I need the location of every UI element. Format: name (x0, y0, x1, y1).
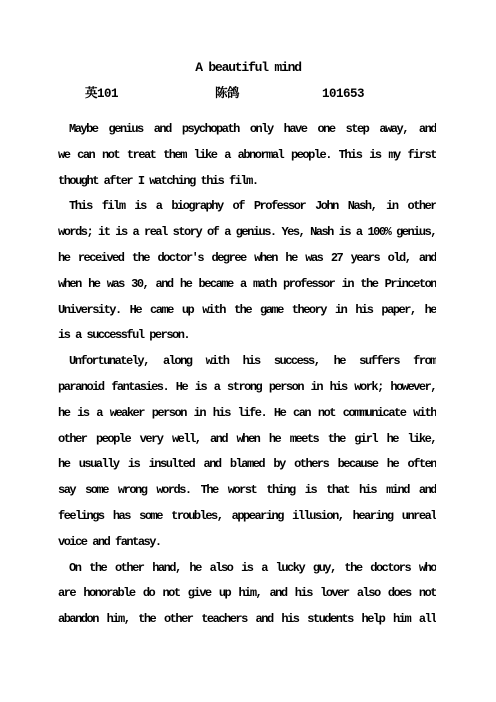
text-line: he usually is insulted and blamed by oth… (58, 452, 436, 478)
byline-class-id: 英101 (85, 81, 118, 107)
byline-row: 英101 陈鸽 101653 (0, 81, 496, 107)
text-line: is a successful person. (58, 323, 436, 349)
text-line: This film is a biography of Professor Jo… (58, 194, 436, 220)
text-line: say some wrong words. The worst thing is… (58, 478, 436, 504)
text-line: feelings has some troubles, appearing il… (58, 504, 436, 530)
text-line: voice and fantasy. (58, 530, 436, 556)
text-line: when he was 30, and he became a math pro… (58, 272, 436, 298)
text-line: he received the doctor's degree when he … (58, 246, 436, 272)
text-line: other people very well, and when he meet… (58, 427, 436, 453)
document-title: A beautiful mind (0, 55, 496, 81)
text-line: we can not treat them like a abnormal pe… (58, 143, 436, 169)
text-line: words; it is a real story of a genius. Y… (58, 220, 436, 246)
text-line: On the other hand, he also is a lucky gu… (58, 556, 436, 582)
text-line: Unfortunately, along with his success, h… (58, 349, 436, 375)
byline-student-id: 101653 (322, 81, 364, 107)
text-line: University. He came up with the game the… (58, 298, 436, 324)
text-line: Maybe genius and psychopath only have on… (58, 117, 436, 143)
text-line: abandon him, the other teachers and his … (58, 607, 436, 633)
byline-author-name: 陈鸽 (215, 81, 239, 107)
text-line: thought after I watching this film. (58, 169, 436, 195)
document-page: A beautiful mind 英101 陈鸽 101653 Maybe ge… (0, 0, 496, 702)
essay-body: Maybe genius and psychopath only have on… (58, 117, 436, 633)
text-line: are honorable do not give up him, and hi… (58, 581, 436, 607)
text-line: he is a weaker person in his life. He ca… (58, 401, 436, 427)
text-line: paranoid fantasies. He is a strong perso… (58, 375, 436, 401)
